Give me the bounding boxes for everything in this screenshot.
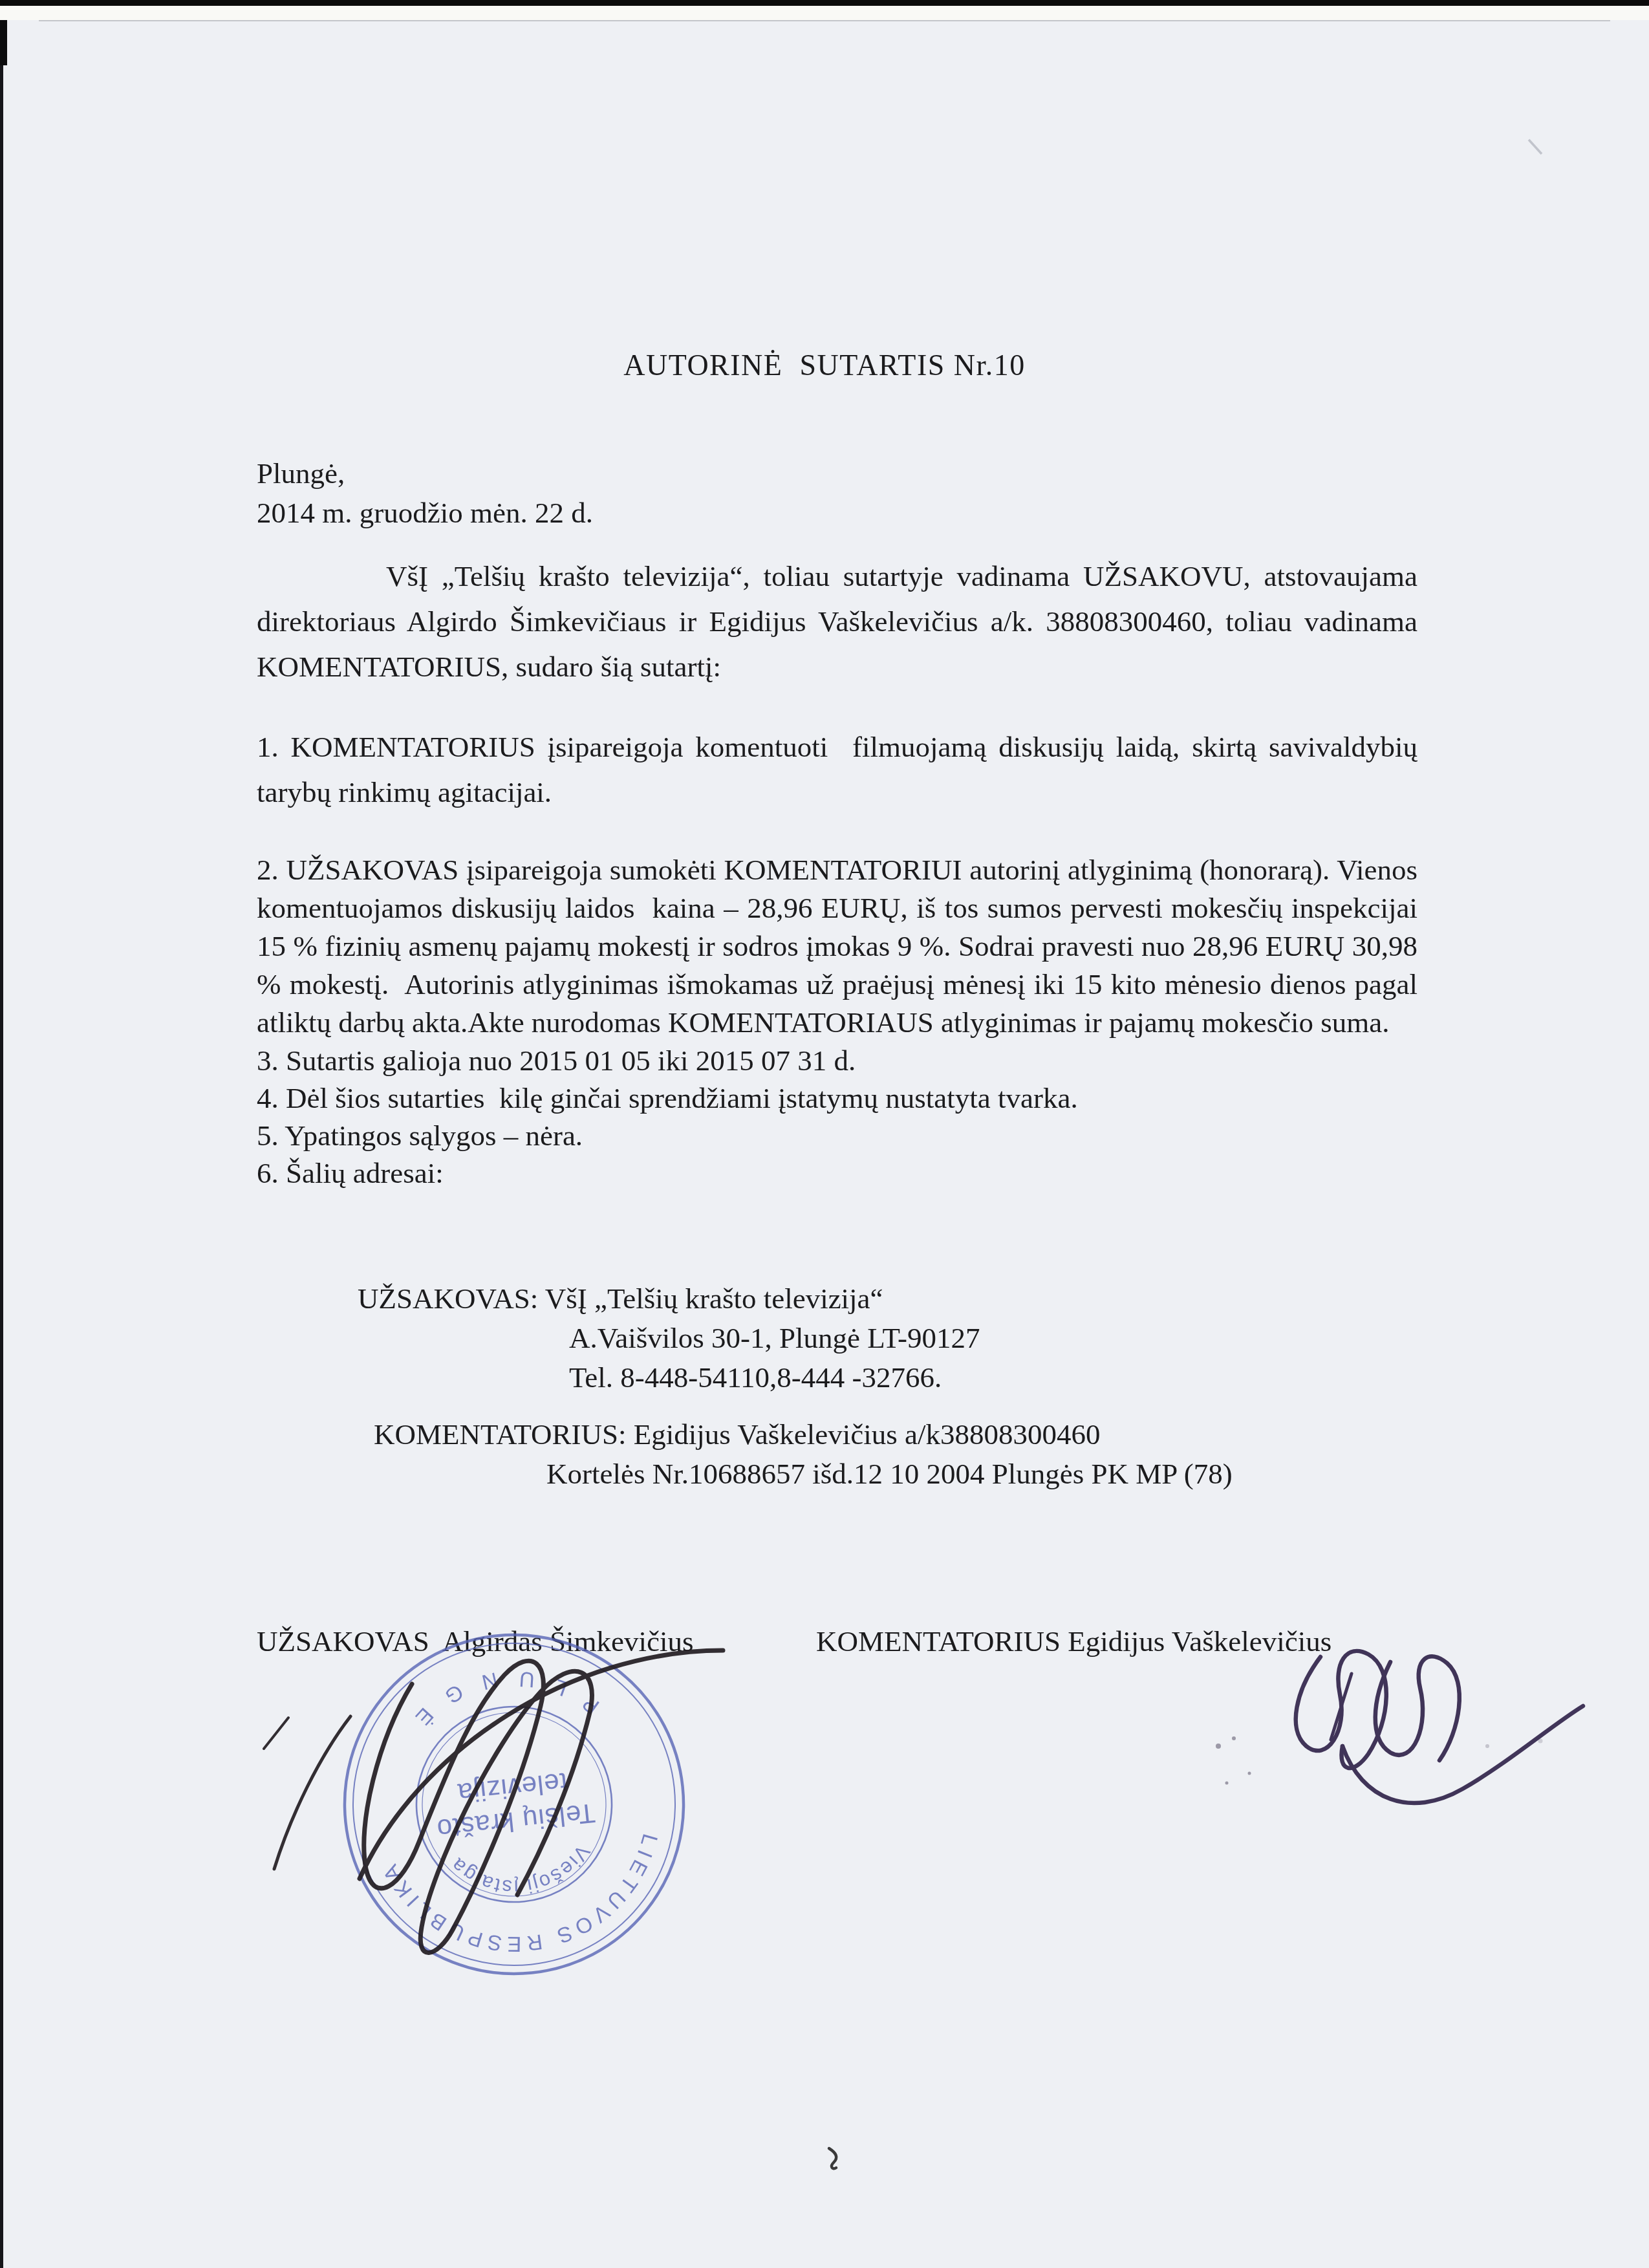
komentatorius-address-line1: KOMENTATORIUS: Egidijus Vaškelevičius a/… [374,1418,1100,1451]
stamp-ring-text-top: LIETUVOS RESPUBLIKA [375,1829,673,1971]
clause-1: 1. KOMENTATORIUS įsipareigoja komentuoti… [257,724,1417,815]
signature-label-komentatorius: KOMENTATORIUS Egidijus Vaškelevičius [816,1625,1331,1658]
signature-komentatorius-ink [1296,1651,1583,1803]
place-line: Plungė, [257,454,903,493]
ink-smudges [1216,1736,1543,1785]
uzsakovas-address-line3: Tel. 8-448-54110,8-444 -32766. [569,1361,942,1394]
uzsakovas-address-line1: UŽSAKOVAS: VšĮ „Telšių krašto televizija… [358,1282,883,1315]
scan-mark-top-right [1529,140,1542,154]
clause-4: 4. Dėl šios sutarties kilę ginčai sprend… [257,1079,1417,1117]
round-stamp: LIETUVOS RESPUBLIKA P L U N G Ė Viešoji … [328,1618,700,1991]
stamp-center-line2: televizija [456,1767,569,1809]
komentatorius-address-line2: Kortelės Nr.10688657 išd.12 10 2004 Plun… [546,1457,1233,1491]
clause-6: 6. Šalių adresai: [257,1154,1417,1192]
contract-body: VšĮ „Telšių krašto televizija“, toliau s… [257,554,1417,1192]
date-line: 2014 m. gruodžio mėn. 22 d. [257,493,903,533]
stamp-center-line1: Telšių krašto [435,1798,597,1845]
document-title: AUTORINĖ SUTARTIS Nr.10 [0,348,1649,382]
uzsakovas-address-line2: A.Vaišvilos 30-1, Plungė LT-90127 [569,1321,980,1355]
scan-artifact-top-band [0,6,1649,20]
scan-artifact-top-edge [0,0,1649,6]
clause-3: 3. Sutartis galioja nuo 2015 01 05 iki 2… [257,1042,1417,1079]
signature-label-uzsakovas: UŽSAKOVAS Algirdas Šimkevičius [257,1625,693,1658]
ink-speck-bottom [829,2148,836,2168]
stamp-inner-curved-text: Viešoji įstaiga [444,1839,598,1906]
scanned-contract-page: AUTORINĖ SUTARTIS Nr.10 Plungė, 2014 m. … [0,0,1649,2268]
clause-2: 2. UŽSAKOVAS įsipareigoja sumokėti KOMEN… [257,851,1417,1042]
stamp-ring-text-bottom: P L U N G Ė [400,1657,605,1738]
scan-artifact-hairline [39,20,1610,21]
scan-artifact-left-corner [0,20,7,65]
intro-paragraph: VšĮ „Telšių krašto televizija“, toliau s… [257,554,1417,689]
place-date-block: Plungė, 2014 m. gruodžio mėn. 22 d. [257,454,903,533]
clause-5: 5. Ypatingos sąlygos – nėra. [257,1117,1417,1154]
signature-uzsakovas-ink [264,1650,723,1953]
